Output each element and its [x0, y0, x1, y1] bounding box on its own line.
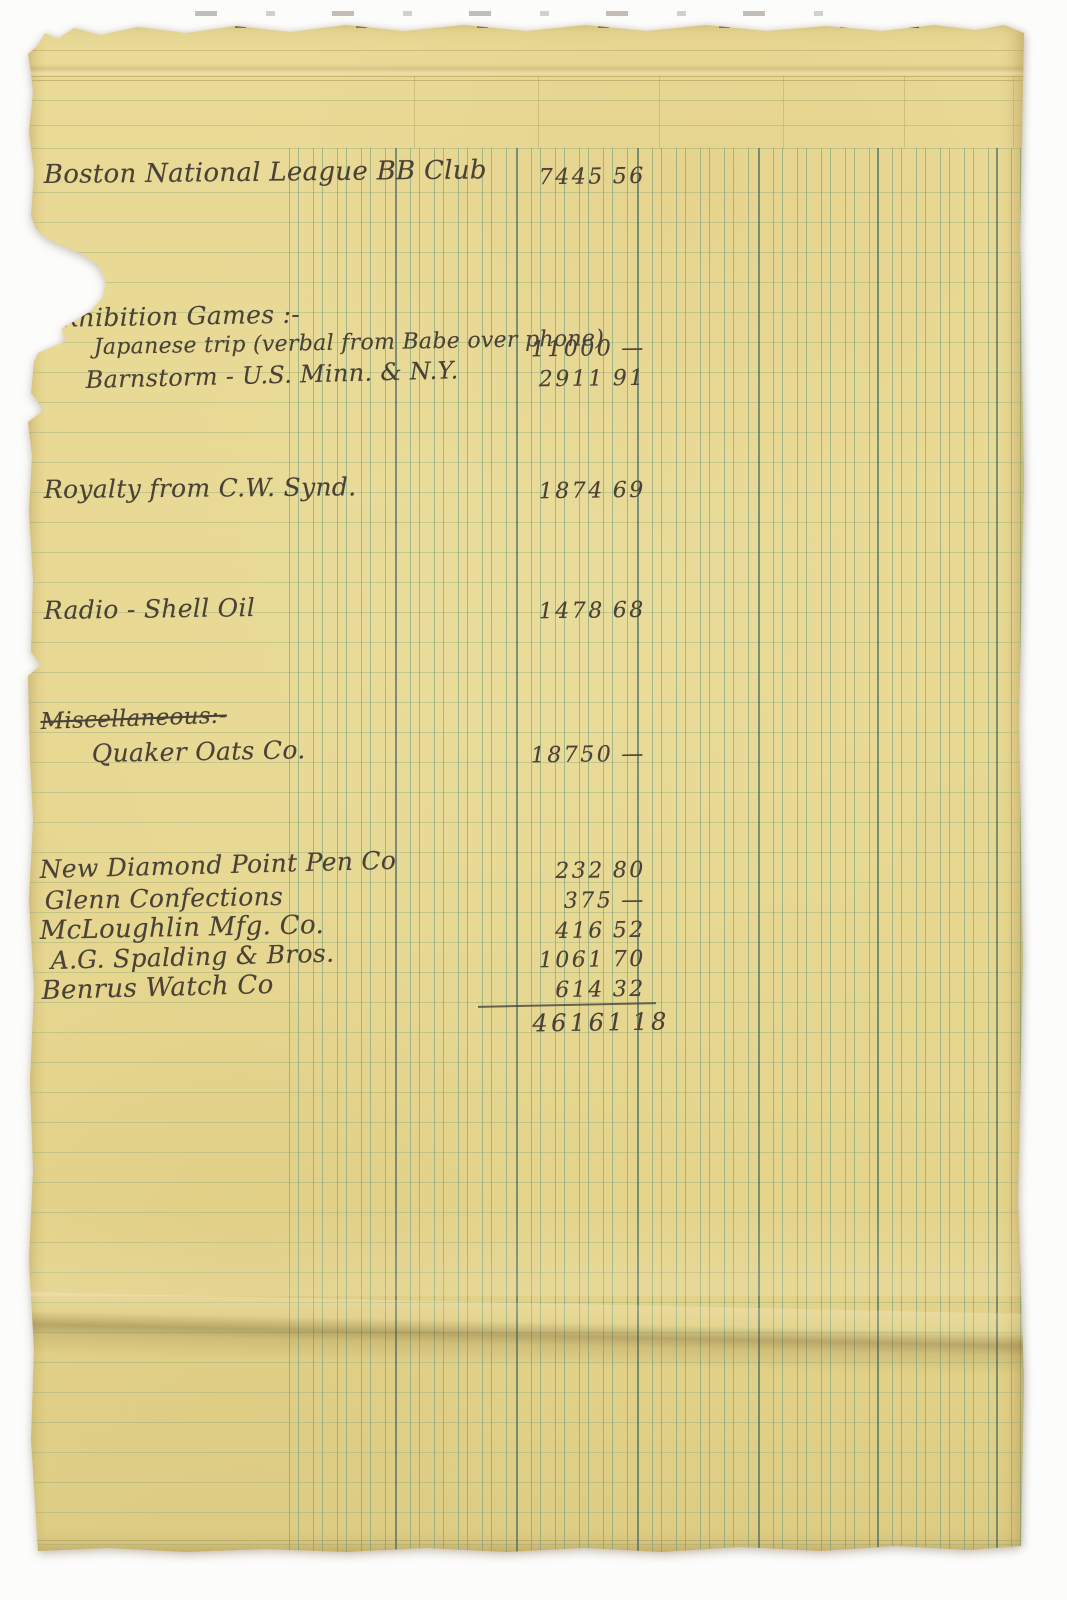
entry-boston-amount: 744556 — [486, 164, 646, 191]
grid-line — [28, 50, 1024, 51]
grid-line — [414, 76, 415, 148]
amount-cents: 32 — [613, 977, 646, 1002]
grid-line — [28, 1092, 1024, 1093]
grid-line — [28, 1152, 1024, 1153]
grid-line — [28, 1544, 1024, 1545]
entry-barnstorm-label: Barnstorm - U.S. Minn. & N.Y. — [85, 356, 459, 394]
amount-dollars: 416 — [555, 918, 605, 944]
amount-cents: 70 — [613, 947, 646, 972]
grid-line — [904, 76, 905, 148]
grid-line — [28, 582, 1024, 583]
grid-line — [28, 822, 1024, 823]
grid-line — [28, 1182, 1024, 1183]
amount-dollars: 2911 — [539, 366, 605, 392]
entry-benrus-watch-label: Benrus Watch Co — [41, 970, 274, 1006]
amount-cents: — — [621, 888, 646, 913]
grid-line — [28, 702, 1024, 703]
total-amount: 4616118 — [490, 1007, 670, 1038]
amount-cents: 80 — [613, 858, 646, 883]
grid-line — [28, 1540, 1024, 1541]
grid-line — [28, 1512, 1024, 1513]
amount-cents: — — [621, 742, 646, 767]
grid-line — [28, 672, 1024, 673]
amount-cents: 18 — [632, 1007, 670, 1036]
entry-miscellaneous-label: Miscellaneous:- — [40, 703, 227, 735]
amount-cents: 68 — [613, 598, 646, 623]
grid-line — [28, 222, 1024, 223]
amount-dollars: 11000 — [531, 336, 614, 362]
scan-background: Boston National League BB Club 744556 Ex… — [0, 0, 1067, 1600]
grid-line — [28, 1422, 1024, 1423]
amount-cents: 69 — [613, 478, 646, 503]
grid-line — [28, 1392, 1024, 1393]
amount-dollars: 1874 — [539, 478, 605, 504]
ledger-page: Boston National League BB Club 744556 Ex… — [28, 20, 1024, 1552]
grid-line — [28, 552, 1024, 553]
grid-line — [28, 1452, 1024, 1453]
entry-barnstorm-amount: 291191 — [486, 366, 646, 393]
amount-dollars: 375 — [564, 888, 614, 914]
entry-spalding-amount: 106170 — [486, 947, 646, 974]
amount-dollars: 1061 — [539, 947, 605, 973]
grid-line — [28, 125, 1024, 126]
grid-line — [659, 76, 660, 148]
entry-boston-label: Boston National League BB Club — [44, 155, 487, 190]
entry-radio-shell-oil-label: Radio - Shell Oil — [44, 593, 256, 625]
amount-cents: 52 — [613, 918, 646, 943]
grid-line — [28, 148, 1024, 149]
entry-quaker-oats-amount: 18750— — [486, 742, 646, 769]
entry-royalty-cw-synd-label: Royalty from C.W. Synd. — [44, 472, 357, 504]
grid-line — [28, 642, 1024, 643]
grid-line — [28, 402, 1024, 403]
entry-mcloughlin-mfg-amount: 41652 — [486, 918, 646, 945]
grid-line — [1013, 76, 1014, 148]
amount-dollars: 232 — [555, 858, 605, 884]
grid-line — [28, 282, 1024, 283]
amount-dollars: 18750 — [531, 742, 614, 768]
amount-cents: 91 — [613, 366, 646, 391]
entry-glenn-confections-label: Glenn Confections — [44, 882, 283, 915]
entry-quaker-oats-label: Quaker Oats Co. — [91, 735, 305, 768]
grid-line — [28, 76, 1024, 77]
entry-royalty-cw-synd-amount: 187469 — [486, 478, 646, 505]
top-crease — [28, 64, 1024, 76]
grid-line — [28, 80, 1024, 81]
grid-line — [28, 792, 1024, 793]
fold-highlight — [28, 1210, 1024, 1296]
entry-benrus-watch-amount: 61432 — [486, 977, 646, 1004]
entry-japanese-trip-amount: 11000— — [486, 336, 646, 363]
grid-line — [28, 252, 1024, 253]
grid-line — [28, 100, 1024, 101]
grid-line — [28, 1122, 1024, 1123]
grid-line — [28, 432, 1024, 433]
amount-cents: — — [621, 336, 646, 361]
entry-spalding-label: A.G. Spalding & Bros. — [50, 939, 334, 975]
amount-dollars: 7445 — [539, 164, 605, 190]
grid-line — [783, 76, 784, 148]
amount-cents: 56 — [613, 164, 646, 189]
amount-dollars: 614 — [555, 977, 605, 1003]
amount-dollars: 46161 — [532, 1008, 626, 1037]
grid-line — [28, 462, 1024, 463]
entry-glenn-confections-amount: 375— — [486, 888, 646, 915]
entry-new-diamond-pen-amount: 23280 — [486, 858, 646, 885]
grid-line — [28, 732, 1024, 733]
amount-dollars: 1478 — [539, 598, 605, 624]
grid-line — [28, 522, 1024, 523]
grid-line — [538, 76, 539, 148]
entry-exhibition-games-label: Exhibition Games :- — [45, 300, 300, 333]
ledger-page-wrapper: Boston National League BB Club 744556 Ex… — [0, 0, 1067, 1600]
grid-line — [28, 1482, 1024, 1483]
bottom-fold-crease — [21, 1292, 1034, 1376]
entry-radio-shell-oil-amount: 147868 — [486, 598, 646, 625]
grid-line — [28, 192, 1024, 193]
grid-line — [28, 1062, 1024, 1063]
torn-edge-debris — [178, 21, 998, 28]
